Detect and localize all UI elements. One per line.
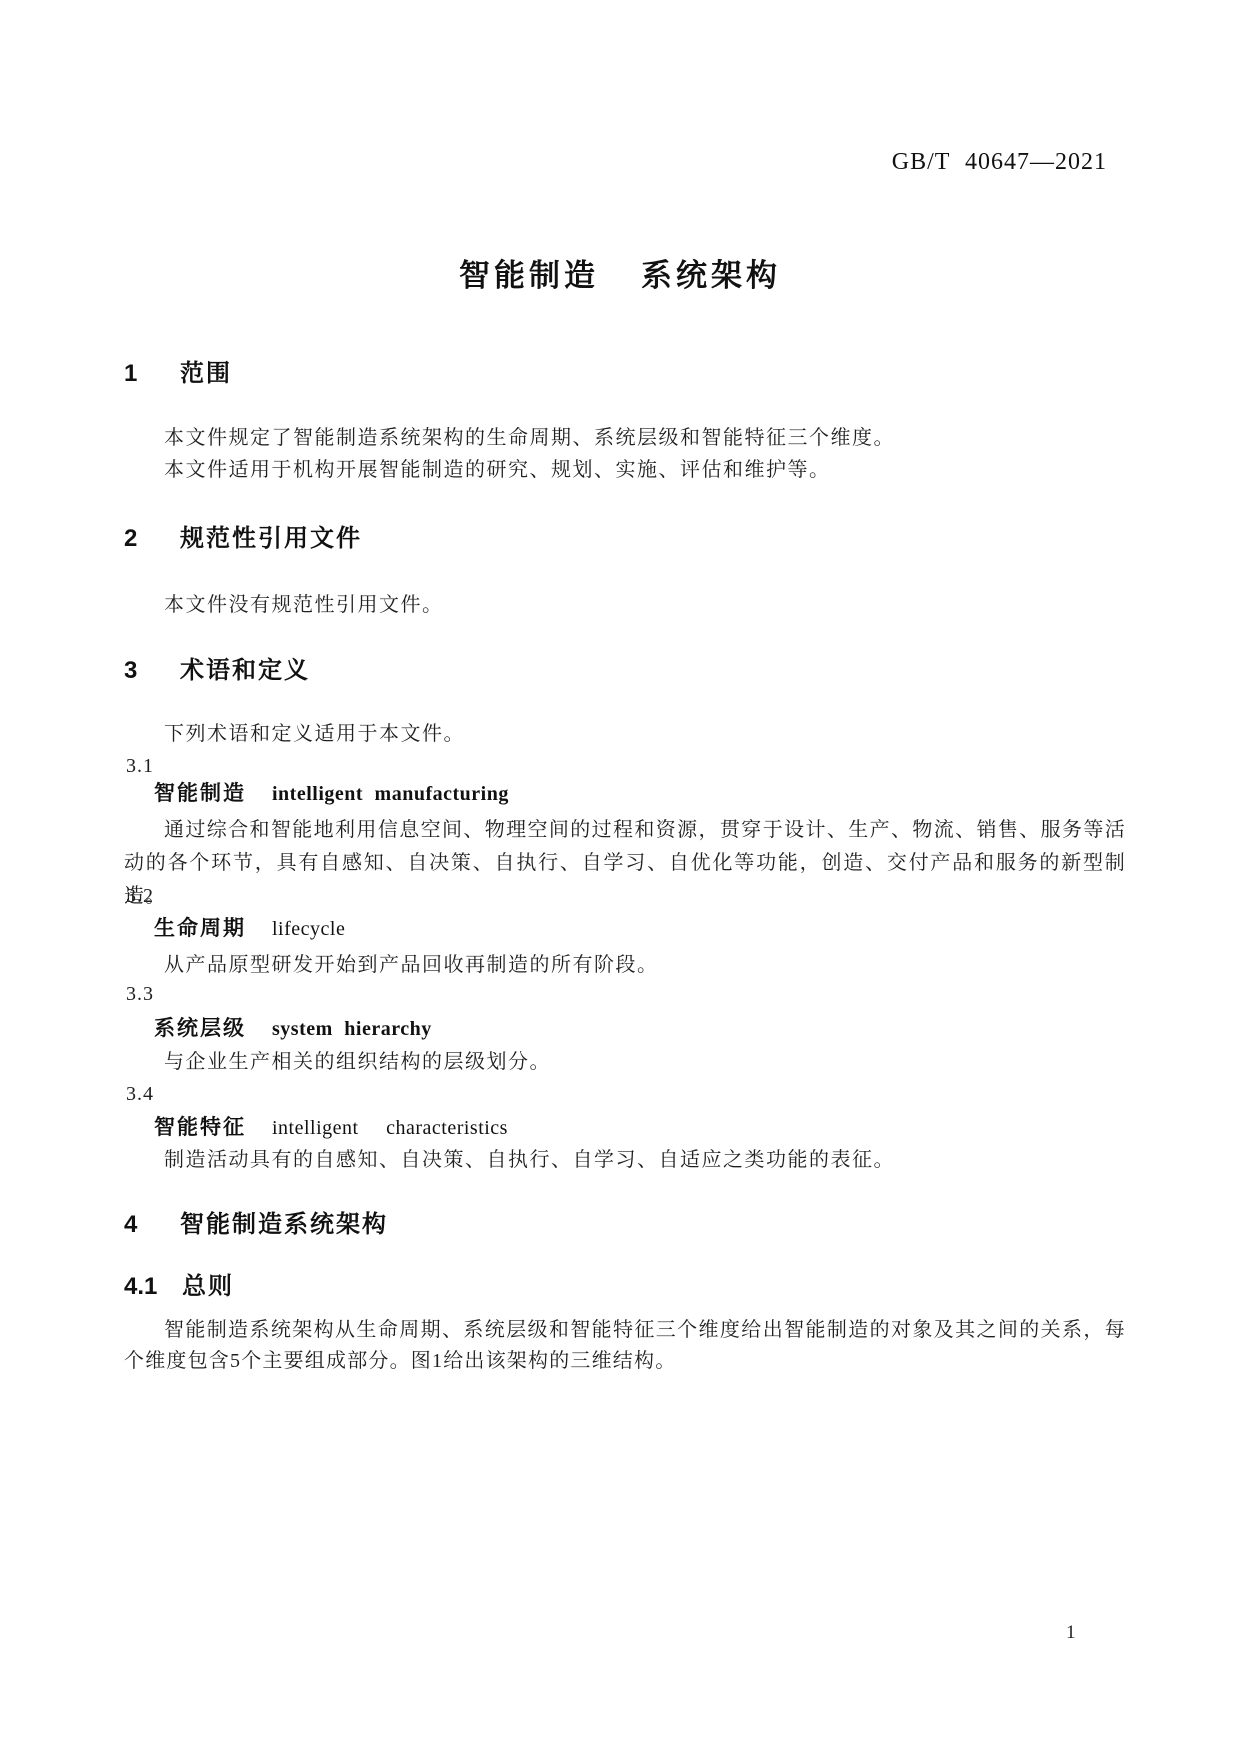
clause-2-paragraph-1: 本文件没有规范性引用文件。 [124, 589, 1126, 621]
clause-4-number: 4 [124, 1210, 180, 1240]
term-3-3-zh: 系统层级 [154, 1017, 246, 1040]
clause-3-title: 术语和定义 [180, 657, 310, 684]
clause-1-title: 范围 [180, 360, 232, 387]
term-3-4-zh: 智能特征 [154, 1116, 246, 1139]
term-3-2-number: 3.2 [126, 883, 154, 909]
document-title-left: 智能制造 [459, 258, 599, 293]
clause-4-1-number: 4.1 [124, 1272, 182, 1302]
page-number: 1 [1066, 1622, 1076, 1644]
term-3-2: 生命周期lifecycle [154, 914, 345, 943]
clause-2-title: 规范性引用文件 [180, 525, 362, 552]
term-3-2-definition: 从产品原型研发开始到产品回收再制造的所有阶段。 [124, 949, 1126, 981]
term-3-2-en: lifecycle [272, 918, 345, 940]
term-3-1-en: intelligent manufacturing [272, 783, 509, 805]
standard-code: GB/T 40647—2021 [892, 149, 1107, 176]
clause-3-number: 3 [124, 656, 180, 686]
clause-2-number: 2 [124, 524, 180, 554]
term-3-1: 智能制造intelligent manufacturing [154, 779, 509, 808]
document-page: GB/T 40647—2021 智能制造系统架构 1范围 本文件规定了智能制造系… [0, 0, 1240, 1755]
clause-3-heading: 3术语和定义 [124, 656, 310, 686]
clause-4-heading: 4智能制造系统架构 [124, 1210, 388, 1240]
term-3-3-en: system hierarchy [272, 1018, 432, 1040]
term-3-1-zh: 智能制造 [154, 782, 246, 805]
clause-2-heading: 2规范性引用文件 [124, 524, 362, 554]
term-3-4-number: 3.4 [126, 1081, 154, 1107]
clause-1-paragraph-2: 本文件适用于机构开展智能制造的研究、规划、实施、评估和维护等。 [124, 454, 1126, 486]
document-title-right: 系统架构 [641, 258, 781, 293]
term-3-1-number: 3.1 [126, 753, 154, 779]
clause-1-number: 1 [124, 359, 180, 389]
term-3-4-en: intelligent characteristics [272, 1117, 508, 1139]
clause-1-paragraph-1: 本文件规定了智能制造系统架构的生命周期、系统层级和智能特征三个维度。 [124, 422, 1126, 454]
term-3-2-zh: 生命周期 [154, 917, 246, 940]
term-3-4: 智能特征intelligent characteristics [154, 1113, 508, 1142]
clause-1-heading: 1范围 [124, 359, 232, 389]
term-3-4-definition: 制造活动具有的自感知、自决策、自执行、自学习、自适应之类功能的表征。 [124, 1144, 1126, 1176]
term-3-3-number: 3.3 [126, 981, 154, 1007]
document-title: 智能制造系统架构 [0, 250, 1240, 295]
term-3-3: 系统层级system hierarchy [154, 1014, 432, 1043]
clause-4-1-title: 总则 [182, 1273, 234, 1300]
clause-3-paragraph-1: 下列术语和定义适用于本文件。 [124, 718, 1126, 750]
clause-4-1-paragraph-1: 智能制造系统架构从生命周期、系统层级和智能特征三个维度给出智能制造的对象及其之间… [124, 1315, 1126, 1377]
clause-4-1-heading: 4.1总则 [124, 1272, 234, 1302]
term-3-1-definition: 通过综合和智能地利用信息空间、物理空间的过程和资源，贯穿于设计、生产、物流、销售… [124, 814, 1126, 913]
clause-4-title: 智能制造系统架构 [180, 1211, 388, 1238]
term-3-3-definition: 与企业生产相关的组织结构的层级划分。 [124, 1046, 1126, 1078]
